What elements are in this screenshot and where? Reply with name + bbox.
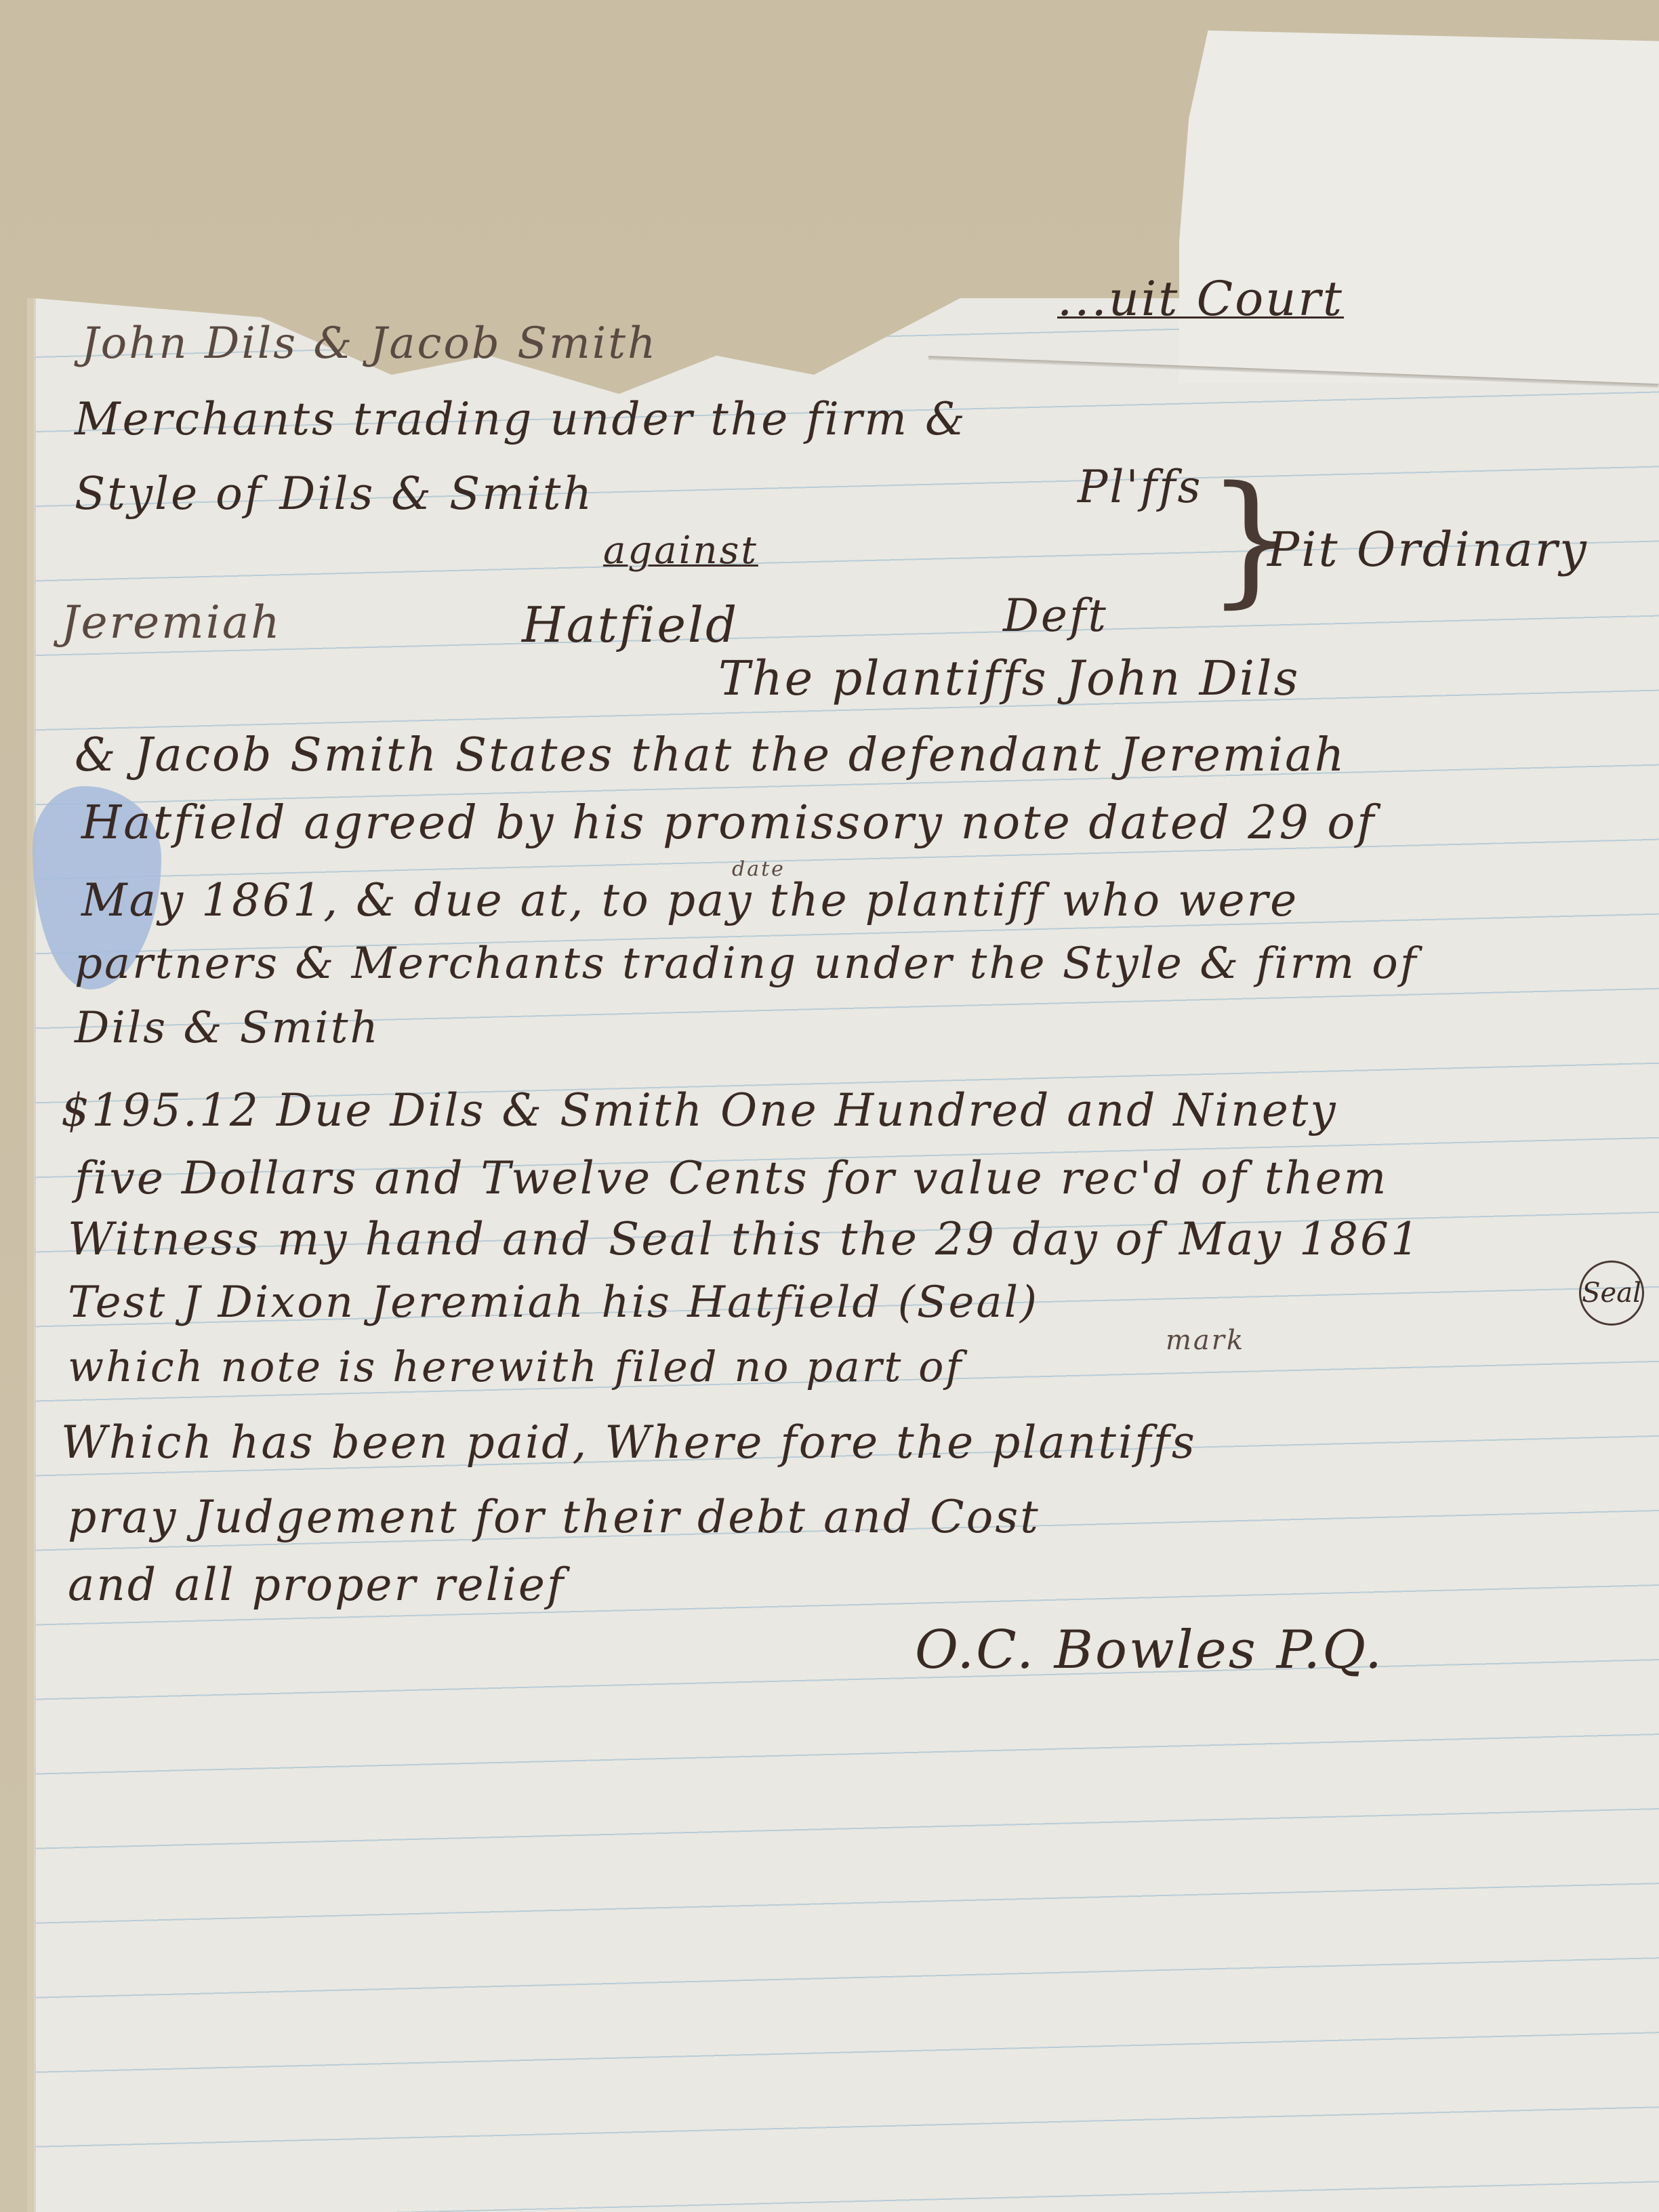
defendant-first-name: Jeremiah (61, 596, 282, 649)
body-line-6: Dils & Smith (75, 1003, 380, 1053)
body-line-8: five Dollars and Twelve Cents for value … (75, 1152, 1388, 1204)
court-name-fragment: ...uit Court (1057, 271, 1344, 327)
body-line-2: & Jacob Smith States that the defendant … (75, 729, 1346, 782)
defendant-label: Deft (1003, 590, 1108, 642)
seal-mark: Seal (1579, 1261, 1644, 1326)
body-line-7-amount: $195.12 Due Dils & Smith One Hundred and… (61, 1084, 1338, 1136)
body-line-4: May 1861, & due at, to pay the plantiff … (81, 874, 1298, 926)
body-line-3: Hatfield agreed by his promissory note d… (81, 796, 1376, 850)
plaintiffs-firm-style: Style of Dils & Smith (75, 468, 594, 520)
defendant-last-name: Hatfield (522, 596, 739, 653)
attorney-signature: O.C. Bowles P.Q. (915, 1620, 1384, 1681)
body-line-1: The plantiffs John Dils (718, 651, 1300, 706)
body-line-10-attestation: Test J Dixon Jeremiah his Hatfield (Seal… (68, 1277, 1039, 1328)
bracket-brace: } (1206, 461, 1233, 617)
plaintiffs-names: John Dils & Jacob Smith (81, 319, 657, 369)
body-line-5: partners & Merchants trading under the S… (75, 939, 1418, 989)
plaintiffs-label: Pl'ffs (1078, 461, 1202, 513)
against-label: against (603, 529, 758, 573)
body-line-13: pray Judgement for their debt and Cost (68, 1491, 1040, 1543)
body-line-9: Witness my hand and Seal this the 29 day… (68, 1213, 1421, 1265)
body-line-14: and all proper relief (68, 1559, 565, 1611)
sheet-left-edge (27, 298, 34, 2212)
plaintiffs-business: Merchants trading under the firm & (75, 393, 967, 445)
action-type: Pit Ordinary (1267, 522, 1589, 577)
body-line-11: which note is herewith filed no part of (68, 1342, 963, 1391)
torn-upper-flap (1179, 30, 1659, 383)
body-line-12: Which has been paid, Where fore the plan… (61, 1416, 1197, 1469)
signature-mark-label: mark (1166, 1325, 1245, 1356)
